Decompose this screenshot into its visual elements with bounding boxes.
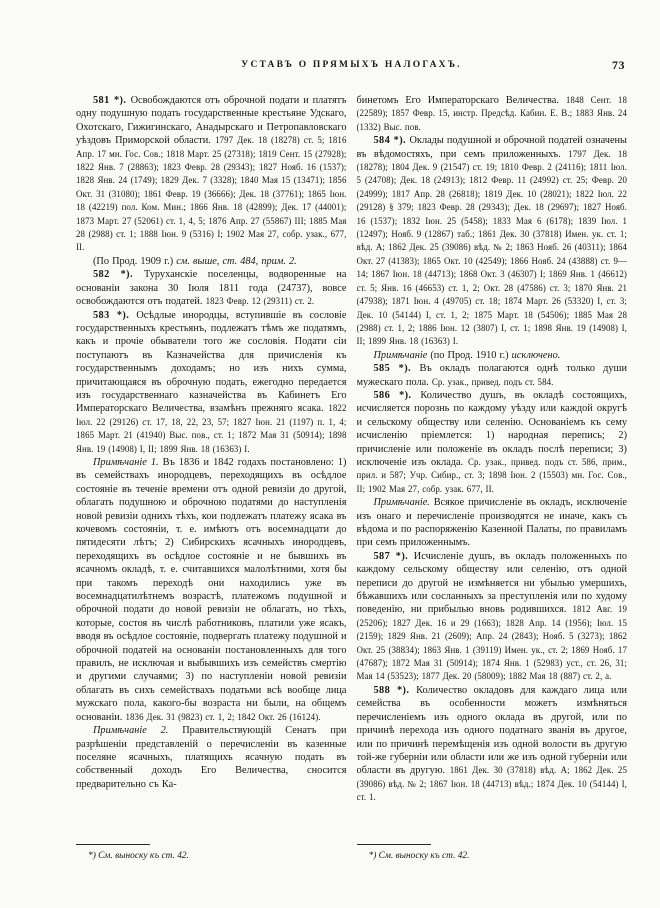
text-segment: 587 *). (374, 551, 414, 562)
article-588: 588 *). Количество окладовъ для каждаго … (357, 684, 628, 805)
note-2-continuation: бинетомъ Его Императорскаго Величества. … (357, 94, 628, 134)
text-segment: 585 *). (374, 363, 420, 374)
text-segment: Осѣдлые инородцы, вступившіе въ сословіе… (76, 310, 347, 415)
right-footnote-block: *) См. выноску къ ст. 42. (357, 841, 628, 876)
text-segment: 1812 Авг. 19 (25206); 1827 Дек. 16 и 29 … (357, 604, 628, 681)
text-segment: Примѣчаніе 1. (93, 457, 159, 468)
footnote-rule (357, 844, 431, 845)
footnote: *) См. выноску къ ст. 42. (357, 850, 628, 862)
article-584: 584 *). Оклады подушной и оброчной подат… (357, 134, 628, 349)
text-segment: 1823 Февр. 12 (29311) ст. 2. (206, 296, 315, 306)
text-segment: Количество окладовъ для каждаго лица или… (357, 685, 628, 776)
article-585: 585 *). Въ окладъ полагаются однѣ только… (357, 362, 628, 389)
article-583: 583 *). Осѣдлые инородцы, вступившіе въ … (76, 309, 347, 456)
text-segment: исключено. (512, 350, 561, 361)
text-segment: Ср. узак., привед. подъ ст. 584. (432, 377, 554, 387)
article-581: 581 *). Освобождаются отъ оброчной подат… (76, 94, 347, 255)
text-segment: см. выше, ст. 484, прим. 2. (176, 256, 297, 267)
note-1: Примѣчаніе 1. Въ 1836 и 1842 годахъ пост… (76, 456, 347, 724)
text-segment: (по Прод. 1910 г.) (427, 350, 511, 361)
note-586: Примѣчаніе. Всякое причисленіе въ окладъ… (357, 496, 628, 550)
text-segment: 581 *). (93, 95, 131, 106)
left-column-content: 581 *). Освобождаются отъ оброчной подат… (76, 94, 347, 841)
page-number: 73 (612, 58, 625, 73)
left-footnote-block: *) См. выноску къ ст. 42. (76, 841, 347, 876)
footnote: *) См. выноску къ ст. 42. (76, 850, 347, 862)
text-segment: Примѣчаніе. (374, 497, 430, 508)
document-page: УСТАВЪ О ПРЯМЫХЪ НАЛОГАХЪ. 73 581 *). Ос… (0, 0, 660, 908)
text-segment: (По Прод. 1909 г.) (93, 256, 176, 267)
running-head: УСТАВЪ О ПРЯМЫХЪ НАЛОГАХЪ. 73 (76, 60, 627, 78)
article-587: 587 *). Исчисленіе душъ, въ окладъ полож… (357, 550, 628, 684)
right-column-content: бинетомъ Его Императорскаго Величества. … (357, 94, 628, 841)
note-prod-1910: Примѣчаніе (по Прод. 1910 г.) исключено. (357, 349, 628, 362)
text-segment: 588 *). (374, 685, 417, 696)
text-segment: 1797 Дек. 18 (18278); 1804 Дек. 9 (21547… (357, 149, 628, 347)
footnote-rule (76, 844, 150, 845)
text-segment: 1836 Дек. 31 (9823) ст. 1, 2; 1842 Окт. … (125, 712, 320, 722)
text-segment: Примѣчаніе (374, 350, 428, 361)
text-segment: 583 *). (93, 310, 136, 321)
text-segment: Примѣчаніе 2. (93, 725, 168, 736)
text-segment: 584 *). (374, 135, 410, 146)
text-segment: Въ 1836 и 1842 годахъ постановлено: 1) в… (76, 457, 347, 723)
left-column: 581 *). Освобождаются отъ оброчной подат… (76, 94, 347, 876)
note-2: Примѣчаніе 2. Правительствующій Сенатъ п… (76, 724, 347, 791)
page-header-title: УСТАВЪ О ПРЯМЫХЪ НАЛОГАХЪ. (76, 60, 627, 70)
text-segment: бинетомъ Его Императорскаго Величества. (357, 95, 566, 106)
text-columns: 581 *). Освобождаются отъ оброчной подат… (76, 94, 627, 876)
text-segment: 582 *). (93, 269, 144, 280)
right-column: бинетомъ Его Императорскаго Величества. … (357, 94, 628, 876)
text-segment: 586 *). (374, 390, 421, 401)
text-segment: 1797 Дек. 18 (18278) ст. 5; 1816 Апр. 17… (76, 135, 347, 252)
prod-1909-note: (По Прод. 1909 г.) см. выше, ст. 484, пр… (76, 255, 347, 268)
article-586: 586 *). Количество душъ, въ окладѣ состо… (357, 389, 628, 496)
article-582: 582 *). Туруханскіе поселенцы, водворенн… (76, 268, 347, 308)
